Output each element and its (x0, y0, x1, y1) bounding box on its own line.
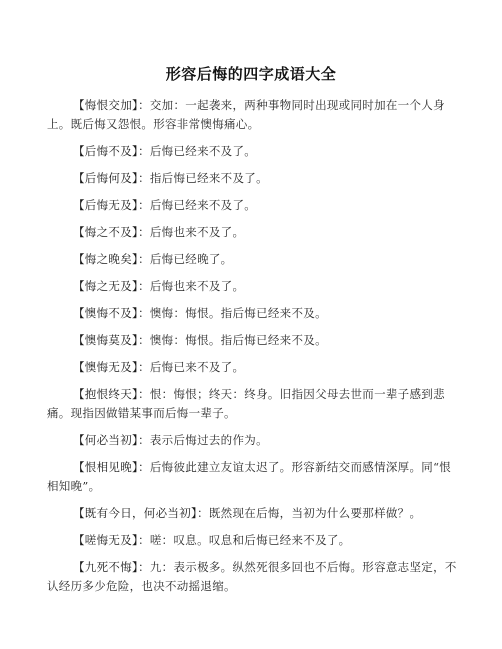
idiom-entry: 【抱恨终天】：恨：悔恨；终天：终身。旧指因父母去世而一辈子感到悲痛。现指因做错某… (47, 385, 457, 423)
idiom-term: 【懊悔无及】 (73, 360, 138, 374)
idiom-entry: 【悔之晚矣】：后悔已经晚了。 (47, 250, 457, 269)
idiom-definition: 表示后悔过去的作为。 (150, 433, 268, 447)
idiom-term: 【悔之晚矣】 (73, 252, 138, 266)
idiom-term: 【后悔不及】 (73, 144, 138, 158)
idiom-entry: 【悔恨交加】：交加：一起袭来，两种事物同时出现或同时加在一个人身上。既后悔又怨恨… (47, 96, 457, 134)
document-title: 形容后悔的四字成语大全 (0, 63, 502, 84)
idiom-definition: 后悔已来不及了。 (150, 360, 244, 374)
idiom-term: 【抱恨终天】 (73, 387, 138, 401)
separator: ： (138, 171, 150, 185)
idiom-definition: 后悔已经来不及了。 (150, 144, 256, 158)
separator: ： (138, 306, 150, 320)
idiom-term: 【后悔何及】 (73, 171, 138, 185)
idiom-entry: 【后悔何及】：指后悔已经来不及了。 (47, 169, 457, 188)
separator: ： (197, 506, 209, 520)
idiom-term: 【懊悔不及】 (73, 306, 138, 320)
separator: ： (138, 387, 150, 401)
separator: ： (138, 279, 150, 293)
idiom-term: 【懊悔莫及】 (73, 333, 138, 347)
idiom-term: 【何必当初】 (73, 433, 138, 447)
idiom-entry: 【九死不悔】：九：表示极多。纵然死很多回也不后悔。形容意志坚定，不认经历多少危险… (47, 558, 457, 596)
separator: ： (138, 533, 150, 547)
idiom-term: 【悔之无及】 (73, 279, 138, 293)
idiom-term: 【既有今日，何必当初】 (73, 506, 197, 520)
idiom-list: 【悔恨交加】：交加：一起袭来，两种事物同时出现或同时加在一个人身上。既后悔又怨恨… (47, 96, 457, 604)
idiom-definition: 懊悔：悔恨。指后悔已经来不及。 (150, 306, 327, 320)
separator: ： (138, 460, 150, 474)
separator: ： (138, 252, 150, 266)
document-page: 形容后悔的四字成语大全 【悔恨交加】：交加：一起袭来，两种事物同时出现或同时加在… (0, 0, 502, 649)
idiom-term: 【九死不悔】 (73, 560, 138, 574)
separator: ： (138, 198, 150, 212)
idiom-definition: 懊悔：悔恨。指后悔已经来不及。 (150, 333, 327, 347)
idiom-entry: 【懊悔无及】：后悔已来不及了。 (47, 358, 457, 377)
idiom-definition: 既然现在后悔，当初为什么要那样做？。 (209, 506, 421, 520)
separator: ： (138, 225, 150, 239)
separator: ： (138, 98, 150, 112)
idiom-term: 【悔之不及】 (73, 225, 138, 239)
idiom-term: 【嗟悔无及】 (73, 533, 138, 547)
separator: ： (138, 560, 150, 574)
separator: ： (138, 433, 150, 447)
idiom-entry: 【悔之不及】：后悔也来不及了。 (47, 223, 457, 242)
idiom-entry: 【恨相见晚】：后悔彼此建立友谊太迟了。形容新结交而感情深厚。同“恨相知晚”。 (47, 458, 457, 496)
idiom-entry: 【悔之无及】：后悔也来不及了。 (47, 277, 457, 296)
idiom-entry: 【嗟悔无及】：嗟：叹息。叹息和后悔已经来不及了。 (47, 531, 457, 550)
idiom-definition: 指后悔已经来不及了。 (150, 171, 268, 185)
idiom-definition: 后悔已经晚了。 (150, 252, 233, 266)
idiom-entry: 【既有今日，何必当初】：既然现在后悔，当初为什么要那样做？。 (47, 504, 457, 523)
idiom-definition: 后悔也来不及了。 (150, 279, 244, 293)
separator: ： (138, 360, 150, 374)
idiom-definition: 后悔也来不及了。 (150, 225, 244, 239)
idiom-entry: 【后悔不及】：后悔已经来不及了。 (47, 142, 457, 161)
idiom-entry: 【何必当初】：表示后悔过去的作为。 (47, 431, 457, 450)
idiom-term: 【后悔无及】 (73, 198, 138, 212)
idiom-term: 【恨相见晚】 (73, 460, 138, 474)
separator: ： (138, 333, 150, 347)
idiom-entry: 【后悔无及】：后悔已经来不及了。 (47, 196, 457, 215)
idiom-definition: 嗟：叹息。叹息和后悔已经来不及了。 (150, 533, 351, 547)
separator: ： (138, 144, 150, 158)
idiom-term: 【悔恨交加】 (73, 98, 138, 112)
idiom-definition: 后悔已经来不及了。 (150, 198, 256, 212)
idiom-entry: 【懊悔不及】：懊悔：悔恨。指后悔已经来不及。 (47, 304, 457, 323)
idiom-entry: 【懊悔莫及】：懊悔：悔恨。指后悔已经来不及。 (47, 331, 457, 350)
